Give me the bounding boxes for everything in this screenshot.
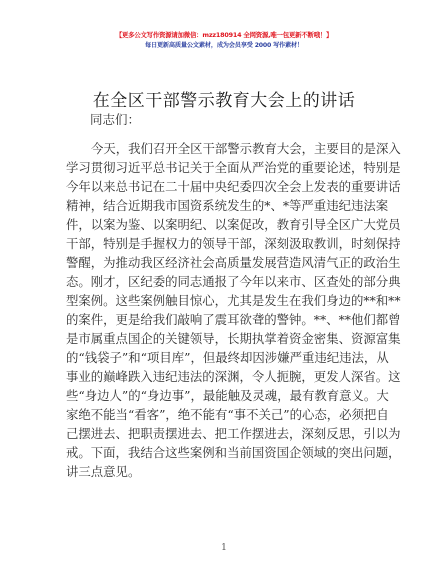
body-line: 学习贯彻习近平总书记关于全面从严治党的重要论述，特别是: [66, 158, 382, 177]
body-line: 态。刚才，区纪委的同志通报了今年以来市、区查处的部分典: [66, 272, 382, 291]
body-line: 家绝不能当“看客”，绝不能有“事不关己”的心态，必须把自: [66, 405, 382, 424]
body-line: 警醒，为推动我区经济社会高质量发展营造风清气正的政治生: [66, 253, 382, 272]
body-line: 事业的巅峰跌入违纪违法的深渊，令人扼腕，更发人深省。这: [66, 367, 382, 386]
promo-banner-line-1: 【更多公文写作资源请加微信：mzz180914 全网资源,唯一包更新不断哦！】: [0, 30, 448, 39]
body-line: 戒。下面，我结合这些案例和当前国资国企领域的突出问题，: [66, 443, 382, 462]
body-line: 讲三点意见。: [66, 462, 382, 481]
page-number: 1: [0, 543, 448, 553]
body-paragraph: 今天，我们召开全区干部警示教育大会，主要目的是深入 学习贯彻习近平总书记关于全面…: [66, 139, 382, 481]
body-line: 的“钱袋子”和“项目库”，但最终却因涉嫌严重违纪违法，从: [66, 348, 382, 367]
body-line: 是市属重点国企的关键领导，长期执掌着资金密集、资源富集: [66, 329, 382, 348]
body-line: 己摆进去、把职责摆进去、把工作摆进去，深刻反思，引以为: [66, 424, 382, 443]
body-line: 今年以来总书记在二十届中央纪委四次全会上发表的重要讲话: [66, 177, 382, 196]
body-line: 精神，结合近期我市国资系统发生的*、*等严重违纪违法案: [66, 196, 382, 215]
body-line: 型案例。这些案例触目惊心，尤其是发生在我们身边的**和**: [66, 291, 382, 310]
body-line: 的案件，更是给我们敲响了震耳欲聋的警钟。**、**他们都曾: [66, 310, 382, 329]
body-line: 干部，特别是手握权力的领导干部，深刻汲取教训，时刻保持: [66, 234, 382, 253]
document-title: 在全区干部警示教育大会上的讲话: [0, 86, 448, 111]
promo-banner-line-2: 每日更新高质量公文素材，成为会员享受 2000 写作素材！: [0, 40, 448, 49]
document-page: 【更多公文写作资源请加微信：mzz180914 全网资源,唯一包更新不断哦！】 …: [0, 0, 448, 580]
salutation: 同志们：: [90, 110, 140, 128]
body-line: 今天，我们召开全区干部警示教育大会，主要目的是深入: [66, 139, 382, 158]
body-line: 些“身边人”的“身边事”，最能触及灵魂，最有教育意义。大: [66, 386, 382, 405]
body-line: 件，以案为鉴、以案明纪、以案促改，教育引导全区广大党员: [66, 215, 382, 234]
